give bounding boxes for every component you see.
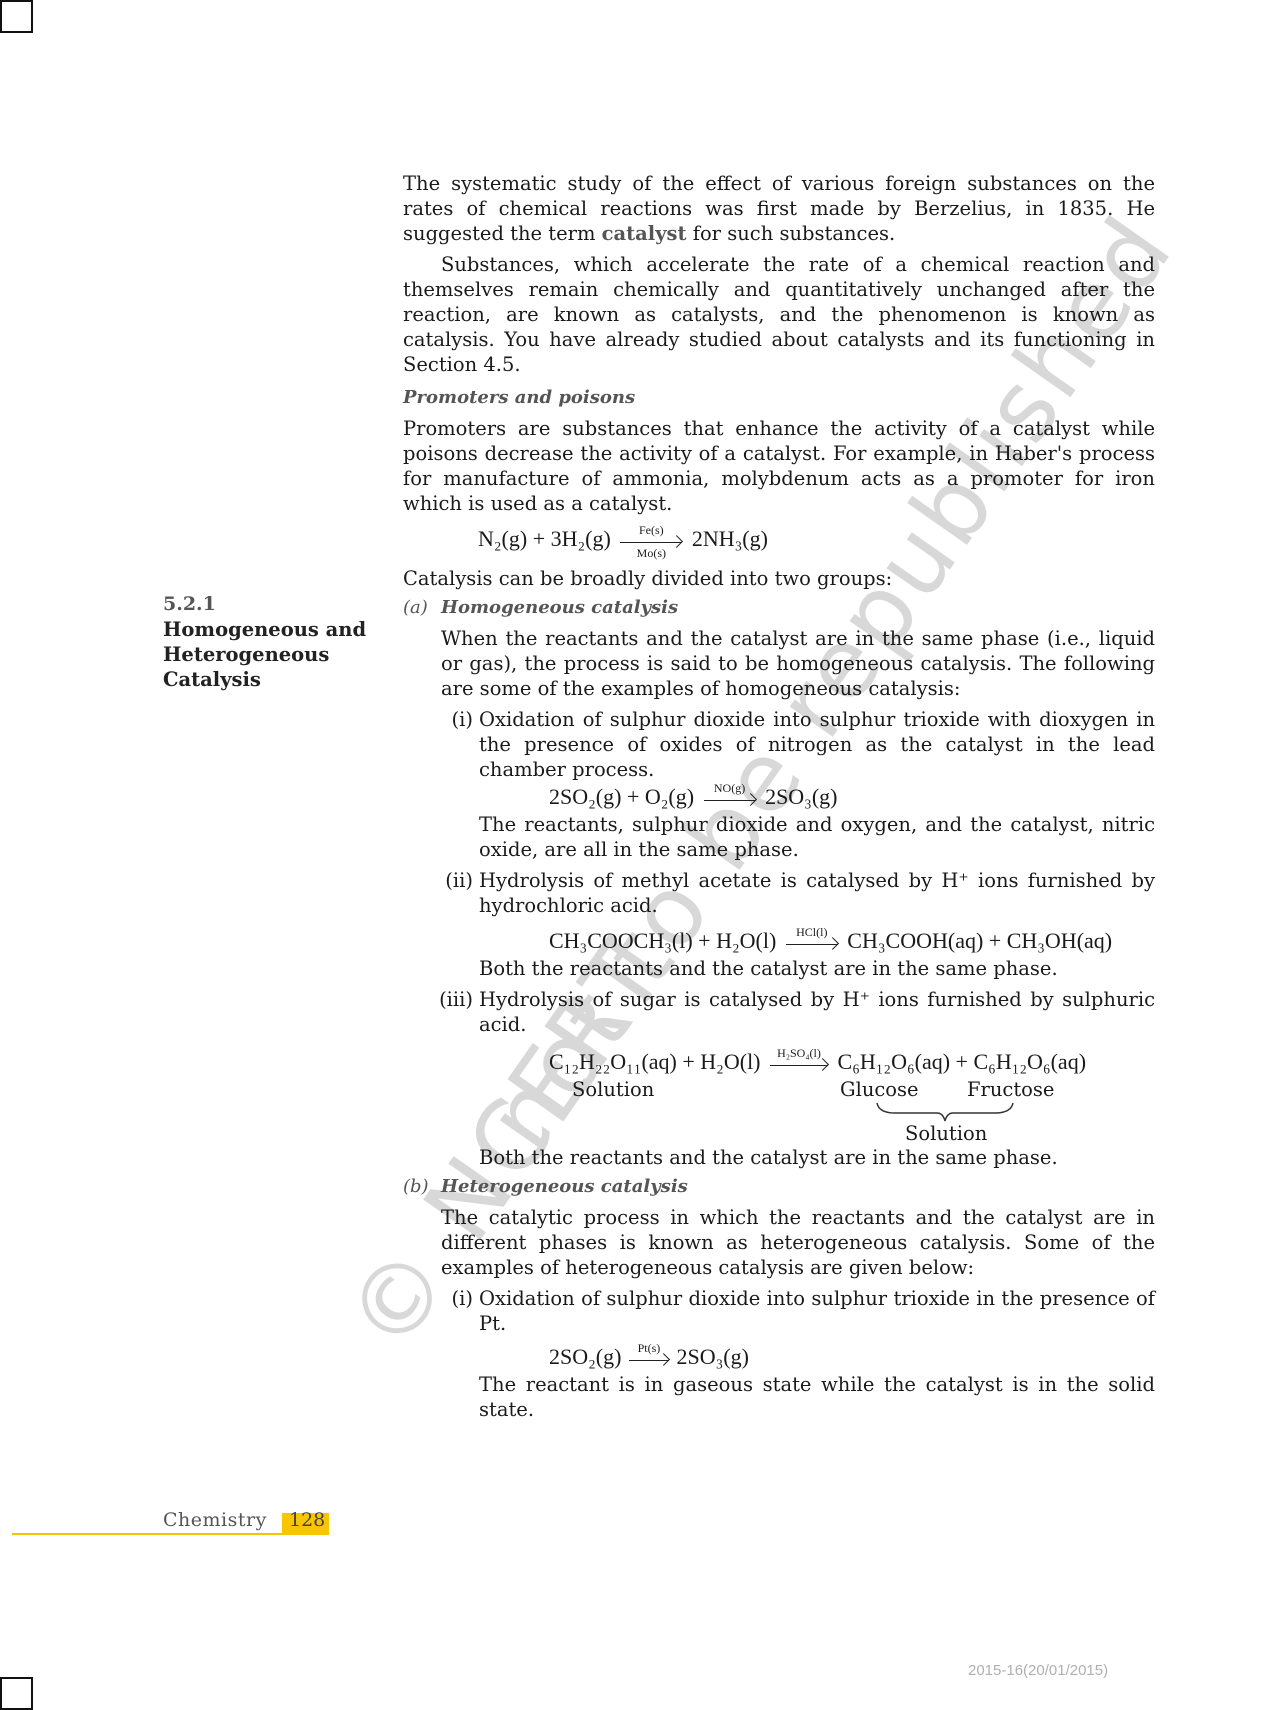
catalyst-label: H₂SO₄(l) — [770, 1046, 828, 1060]
heterogeneous-block: (b)Heterogeneous catalysis The catalytic… — [403, 1174, 1155, 1422]
item-text: Hydrolysis of methyl acetate is catalyse… — [479, 868, 1155, 918]
promoters-paragraph: Promoters are substances that enhance th… — [403, 416, 1155, 516]
fructose-label: Fructose — [967, 1077, 1054, 1102]
section-title-line: Catalysis — [163, 667, 393, 692]
equation-rhs: 2SO₃(g) — [676, 1344, 748, 1369]
item-number: (iii) — [433, 987, 473, 1012]
list-item: (i) Oxidation of sulphur dioxide into su… — [441, 1286, 1155, 1422]
homogeneous-heading: (a)Homogeneous catalysis — [441, 595, 1155, 620]
item-note: Both the reactants and the catalyst are … — [479, 1145, 1155, 1170]
item-equation: C₁₂H₂₂O₁₁(aq) + H₂O(l) H₂SO₄(l) C₆H₁₂O₆(… — [549, 1047, 1155, 1077]
list-label: (b) — [403, 1174, 429, 1199]
equation-rhs: C₆H₁₂O₆(aq) + C₆H₁₂O₆(aq) — [838, 1049, 1087, 1074]
item-text: Oxidation of sulphur dioxide into sulphu… — [479, 707, 1155, 782]
keyword-catalyst: catalyst — [602, 222, 687, 245]
item-equation: CH₃COOCH₃(l) + H₂O(l) HCl(l) CH₃COOH(aq)… — [549, 926, 1155, 956]
item-number: (ii) — [441, 868, 473, 893]
equation-lhs: CH₃COOCH₃(l) + H₂O(l) — [549, 928, 776, 953]
lhs-phase-label: Solution — [572, 1077, 654, 1102]
item-text: Oxidation of sulphur dioxide into sulphu… — [479, 1286, 1155, 1336]
catalyst-label: NO(g) — [704, 781, 756, 795]
item-note: Both the reactants and the catalyst are … — [479, 956, 1155, 981]
homogeneous-paragraph: When the reactants and the catalyst are … — [441, 626, 1155, 701]
products-phase-label: Solution — [905, 1121, 987, 1146]
section-title-line: Heterogeneous — [163, 642, 393, 667]
page-number: 128 — [289, 1509, 325, 1531]
equation-rhs: 2NH₃(g) — [692, 526, 768, 551]
item-note: The reactants, sulphur dioxide and oxyge… — [479, 812, 1155, 862]
crop-mark-top-left — [0, 0, 33, 33]
list-item: (i) Oxidation of sulphur dioxide into su… — [441, 707, 1155, 862]
equation-rhs: CH₃COOH(aq) + CH₃OH(aq) — [847, 928, 1112, 953]
haber-equation: N₂(g) + 3H₂(g) Fe(s) Mo(s) 2NH₃(g) — [478, 524, 1155, 558]
reaction-arrow: Fe(s) Mo(s) — [620, 540, 682, 541]
reaction-arrow: HCl(l) — [786, 942, 838, 943]
section-number: 5.2.1 — [163, 592, 393, 617]
promoter-label: Mo(s) — [620, 546, 682, 560]
list-label: (a) — [403, 595, 428, 620]
item-number: (i) — [441, 1286, 473, 1311]
equation-rhs: 2SO₃(g) — [765, 784, 837, 809]
heading-text: Heterogeneous catalysis — [441, 1176, 688, 1197]
item-equation: 2SO₂(g) + O₂(g) NO(g) 2SO₃(g) — [549, 782, 1155, 812]
section-intro: Catalysis can be broadly divided into tw… — [403, 566, 1155, 591]
equation-lhs: C₁₂H₂₂O₁₁(aq) + H₂O(l) — [549, 1049, 761, 1074]
heading-text: Homogeneous catalysis — [441, 597, 678, 618]
item-equation: 2SO₂(g) Pt(s) 2SO₃(g) — [549, 1342, 1155, 1372]
reaction-arrow: Pt(s) — [629, 1358, 669, 1359]
item-text: Hydrolysis of sugar is catalysed by H⁺ i… — [479, 987, 1155, 1037]
item-number: (i) — [441, 707, 473, 732]
footer-subject: Chemistry — [163, 1509, 267, 1531]
reaction-arrow: NO(g) — [704, 798, 756, 799]
intro-paragraph-2: Substances, which accelerate the rate of… — [403, 252, 1155, 377]
homogeneous-block: (a)Homogeneous catalysis When the reacta… — [403, 595, 1155, 1170]
equation-labels: Solution Glucose Fructose Solution — [479, 1077, 1155, 1145]
heterogeneous-paragraph: The catalytic process in which the react… — [441, 1205, 1155, 1280]
section-title-line: Homogeneous and — [163, 617, 393, 642]
reaction-arrow: H₂SO₄(l) — [770, 1063, 828, 1064]
intro-text: for such substances. — [687, 222, 896, 245]
equation-lhs: 2SO₂(g) — [549, 1344, 621, 1369]
promoters-heading: Promoters and poisons — [403, 385, 1155, 410]
catalyst-label: HCl(l) — [786, 925, 838, 939]
intro-paragraph-1: The systematic study of the effect of va… — [403, 171, 1155, 246]
item-note: The reactant is in gaseous state while t… — [479, 1372, 1155, 1422]
date-stamp: 2015-16(20/01/2015) — [968, 1662, 1108, 1679]
heterogeneous-heading: (b)Heterogeneous catalysis — [441, 1174, 1155, 1199]
equation-lhs: 2SO₂(g) + O₂(g) — [549, 784, 694, 809]
crop-mark-bottom-left — [0, 1677, 33, 1710]
glucose-label: Glucose — [840, 1077, 919, 1102]
list-item: (ii) Hydrolysis of methyl acetate is cat… — [441, 868, 1155, 981]
brace-icon — [875, 1101, 1015, 1123]
main-text-column: The systematic study of the effect of va… — [403, 171, 1155, 1422]
equation-lhs: N₂(g) + 3H₂(g) — [478, 526, 611, 551]
catalyst-label: Fe(s) — [620, 523, 682, 537]
section-sidebar: 5.2.1 Homogeneous and Heterogeneous Cata… — [163, 592, 393, 692]
list-item: (iii) Hydrolysis of sugar is catalysed b… — [441, 987, 1155, 1170]
